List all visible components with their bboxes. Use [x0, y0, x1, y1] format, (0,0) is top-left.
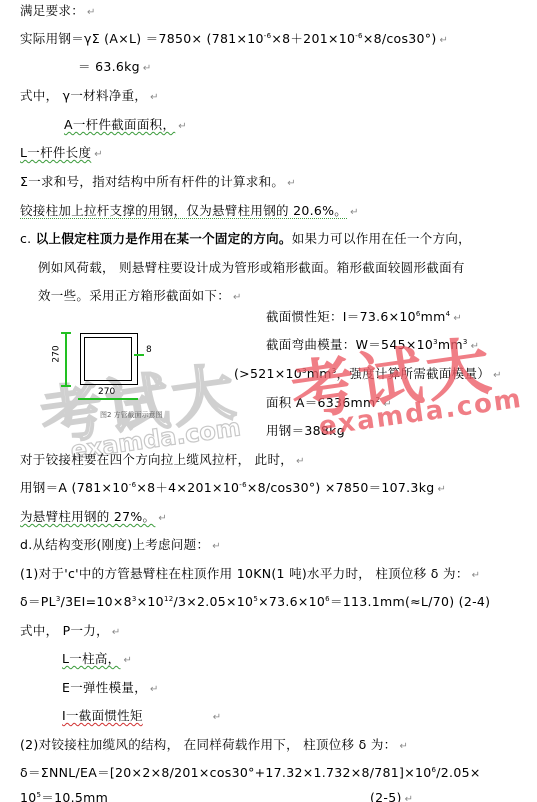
paragraph-mark-icon: ↵: [143, 63, 152, 74]
paragraph-mark-icon: ↵: [287, 178, 296, 189]
section-d-formula2-cont: 105＝10.5mm: [20, 790, 108, 802]
paragraph-mark-icon: ↵: [233, 292, 242, 303]
paragraph-mark-icon: ↵: [296, 456, 305, 467]
dimension-tick: [61, 332, 71, 334]
text-line: A一杆件截面面积，↵: [64, 117, 187, 135]
section-c-line2: 例如风荷载， 则悬臂柱要设计成为管形或箱形截面。箱形截面较圆形截面有: [38, 260, 465, 276]
text-line: L一杆件长度↵: [20, 145, 103, 163]
paragraph-mark-icon: ↵: [150, 92, 159, 103]
text-line: 式中， γ一材料净重，↵: [20, 88, 159, 106]
width-dimension-line: [78, 398, 138, 400]
text-line: 铰接柱加上拉杆支撑的用钢，仅为悬臂柱用钢的 20.6%。↵: [20, 203, 359, 221]
formula-actual-steel: 实际用钢＝γΣ (A×L) ＝7850× (781×10-6×8＋201×10-…: [20, 31, 448, 49]
paragraph-mark-icon: ↵: [440, 35, 449, 46]
where-i: I一截面惯性矩↵: [62, 708, 221, 726]
box-section-diagram: 270 8 270 图2 方管截面示意图: [40, 325, 170, 425]
paragraph-mark-icon: ↵: [87, 7, 96, 18]
section-d-formula2: δ＝ΣNNL/EA＝[20×2×8/201×cos30°+17.32×1.732…: [20, 765, 481, 781]
section-d-title: d.从结构变形(刚度)上考虑问题：↵: [20, 537, 221, 555]
box-inner-wall: [84, 337, 132, 381]
paragraph-mark-icon: ↵: [94, 149, 103, 160]
cable-line1: 对于铰接柱要在四个方向拉上缆风拉杆， 此时，↵: [20, 452, 305, 470]
width-label: 270: [98, 387, 115, 397]
text-line: 满足要求：↵: [20, 3, 96, 21]
formula-result: ＝ 63.6kg↵: [78, 59, 152, 77]
paragraph-mark-icon: ↵: [350, 207, 359, 218]
paragraph-mark-icon: ↵: [212, 541, 221, 552]
paragraph-mark-icon: ↵: [123, 655, 132, 666]
section-c-line1: c. 以上假定柱顶力是作用在某一个固定的方向。如果力可以作用在任一个方向，: [20, 231, 471, 247]
where-e: E一弹性模量，↵: [62, 680, 159, 698]
cable-formula: 用钢＝A (781×10-6×8＋4×201×10-6×8/cos30°) ×7…: [20, 480, 446, 498]
section-d-formula1: δ＝PL3/3EI=10×83×1012/3×2.05×105×73.6×106…: [20, 594, 490, 610]
paragraph-mark-icon: ↵: [437, 484, 446, 495]
where-p: 式中， P一力，↵: [20, 623, 121, 641]
section-c-line3: 效一些。采用正方箱形截面如下：↵: [38, 288, 242, 306]
equation-number: (2-5)↵: [370, 790, 413, 802]
paragraph-mark-icon: ↵: [213, 712, 222, 723]
section-d-item2: (2)对铰接柱加缆风的结构， 在同样荷载作用下， 柱顶位移 δ 为：↵: [20, 737, 408, 755]
paragraph-mark-icon: ↵: [150, 684, 159, 695]
height-label: 270: [52, 345, 62, 362]
height-dimension-line: [65, 333, 67, 386]
thickness-dimension-line: [134, 354, 144, 356]
section-d-item1: (1)对于'c'中的方管悬臂柱在柱顶作用 10KN(1 吨)水平力时， 柱顶位移…: [20, 566, 480, 584]
text-line: Σ一求和号，指对结构中所有杆件的计算求和。↵: [20, 174, 296, 192]
paragraph-mark-icon: ↵: [399, 741, 408, 752]
diagram-caption: 图2 方管截面示意图: [100, 410, 163, 420]
cable-line3: 为悬臂柱用钢的 27%。↵: [20, 509, 167, 527]
thickness-label: 8: [146, 345, 152, 355]
paragraph-mark-icon: ↵: [112, 627, 121, 638]
dimension-tick: [61, 385, 71, 387]
paragraph-mark-icon: ↵: [405, 794, 414, 802]
paragraph-mark-icon: ↵: [158, 513, 167, 524]
paragraph-mark-icon: ↵: [178, 121, 187, 132]
where-l: L一柱高，↵: [62, 651, 132, 669]
paragraph-mark-icon: ↵: [472, 570, 481, 581]
section-c-bold: 以上假定柱顶力是作用在某一个固定的方向。: [36, 231, 292, 246]
